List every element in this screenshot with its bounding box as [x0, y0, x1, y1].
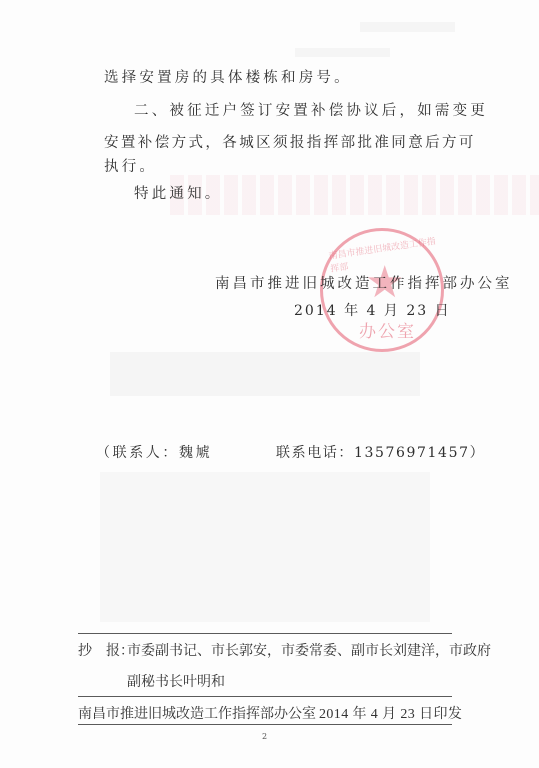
bleed-through-body	[100, 472, 430, 622]
closing-text: 特此通知。	[134, 182, 223, 203]
body-para2-line-3: 执行。	[104, 155, 157, 176]
stamp-bottom-text: 办公室	[359, 317, 416, 342]
body-para2-line-2: 安置补偿方式，各城区须报指挥部批准同意后方可	[104, 131, 476, 152]
bleed-through-top-2	[295, 48, 390, 57]
page-number: 2	[262, 732, 267, 741]
cc-line-2: 副秘书长叶明和	[127, 671, 225, 691]
footer-rule-middle	[78, 696, 452, 697]
footer-rule-bottom	[78, 724, 452, 725]
body-line-1: 选择安置房的具体楼栋和房号。	[104, 66, 352, 87]
contact-phone: 联系电话：13576971457）	[276, 442, 485, 462]
contact-person: （联系人：魏虓	[96, 442, 212, 462]
cc-line-1: 市委副书记、市长郭安，市委常委、副市长刘建洋，市政府	[127, 640, 491, 660]
cc-label: 抄 报：	[78, 640, 134, 660]
signature-organization: 南昌市推进旧城改造工作指挥部办公室	[215, 272, 513, 293]
bleed-through-red-header	[170, 175, 539, 215]
bleed-through-top	[360, 22, 455, 32]
issuer: 南昌市推进旧城改造工作指挥部办公室	[78, 703, 316, 723]
signature-date: 2014 年 4 月 23 日	[294, 300, 451, 320]
bleed-through-title	[110, 352, 420, 396]
body-para2-line-1: 二、被征迁户签订安置补偿协议后，如需变更	[134, 99, 488, 120]
issue-date: 2014 年 4 月 23 日印发	[319, 703, 462, 723]
footer-rule-top	[78, 633, 452, 634]
